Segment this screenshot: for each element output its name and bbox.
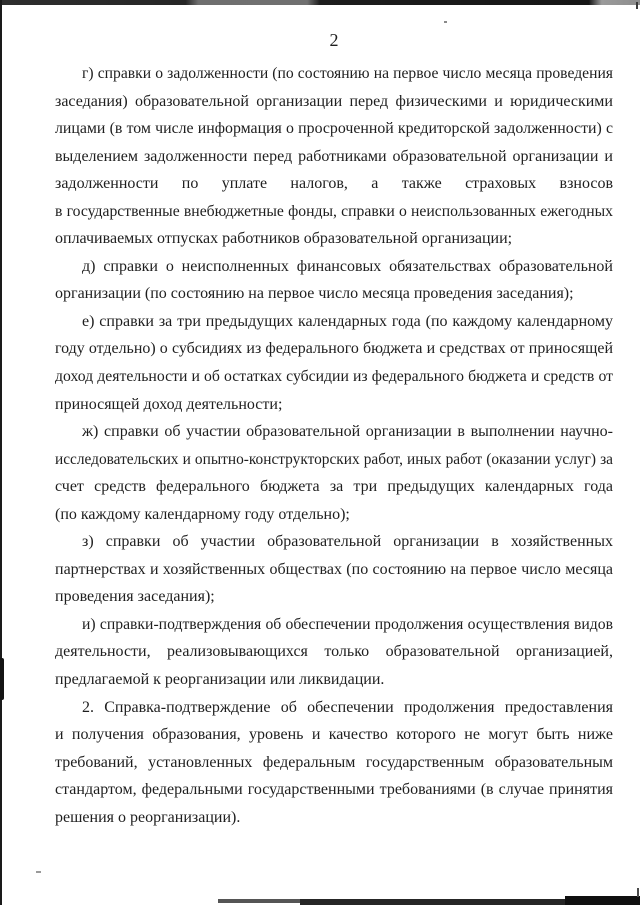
paragraph: 2. Справка-подтверждение об обеспечении … [55, 694, 613, 832]
text-line: году отдельно) о субсидиях из федерально… [55, 335, 613, 363]
text-line: и получения образования, уровень и качес… [55, 721, 613, 749]
scan-speck [637, 888, 639, 897]
page-number: 2 [55, 30, 613, 51]
text-line: оплачиваемых отпусках работников образов… [55, 225, 613, 253]
text-line: доход деятельности и об остатках субсиди… [55, 363, 613, 391]
text-line: решения о реорганизации). [55, 804, 613, 832]
text-line: в государственные внебюджетные фонды, сп… [55, 198, 613, 226]
paragraph: з) справки об участии образовательной ор… [55, 528, 613, 611]
scan-speck [36, 871, 41, 873]
text-line: е) справки за три предыдущих календарных… [55, 308, 613, 336]
text-line: з) справки об участии образовательной ор… [55, 528, 613, 556]
text-line: приносящей доход деятельности; [55, 391, 613, 419]
text-line: ж) справки об участии образовательной ор… [55, 418, 613, 446]
scan-speck [444, 21, 447, 23]
text-line: исследовательских и опытно-конструкторск… [55, 446, 613, 474]
text-line: проведения заседания); [55, 583, 613, 611]
paragraph: и) справки-подтверждения об обеспечении … [55, 611, 613, 694]
text-line: задолженности по уплате налогов, а также… [55, 170, 613, 198]
document-page: 2 г) справки о задолженности (по состоян… [0, 0, 640, 905]
paragraph: ж) справки об участии образовательной ор… [55, 418, 613, 528]
scan-edge-top [0, 0, 640, 5]
text-line: 2. Справка-подтверждение об обеспечении … [55, 694, 613, 722]
scan-edge-left-blob [0, 658, 4, 700]
scanned-document-page: { "colors": { "ink": "#1e1e1e", "paper":… [0, 0, 640, 905]
text-line: (по каждому календарному году отдельно); [55, 501, 613, 529]
text-line: д) справки о неисполненных финансовых об… [55, 253, 613, 281]
scan-edge-bottom-corner [565, 896, 640, 905]
scan-edge-left [0, 0, 2, 905]
text-line: стандартом, федеральными государственным… [55, 776, 613, 804]
text-line: деятельности, реализовывающихся только о… [55, 638, 613, 666]
text-line: счет средств федерального бюджета за три… [55, 473, 613, 501]
text-line: заседания) образовательной организации п… [55, 88, 613, 116]
paragraph: е) справки за три предыдущих календарных… [55, 308, 613, 418]
text-line: и) справки-подтверждения об обеспечении … [55, 611, 613, 639]
text-line: требований, установленных федеральным го… [55, 749, 613, 777]
text-line: г) справки о задолженности (по состоянию… [55, 60, 613, 88]
text-line: партнерствах и хозяйственных обществах (… [55, 556, 613, 584]
text-line: лицами (в том числе информация о просроч… [55, 115, 613, 143]
paragraph: г) справки о задолженности (по состоянию… [55, 60, 613, 253]
text-line: организации (по состоянию на первое числ… [55, 280, 613, 308]
scan-speck [636, 2, 638, 9]
paragraph: д) справки о неисполненных финансовых об… [55, 253, 613, 308]
text-line: выделением задолженности перед работника… [55, 143, 613, 171]
text-line: предлагаемой к реорганизации или ликвида… [55, 666, 613, 694]
document-text: г) справки о задолженности (по состоянию… [55, 60, 613, 831]
